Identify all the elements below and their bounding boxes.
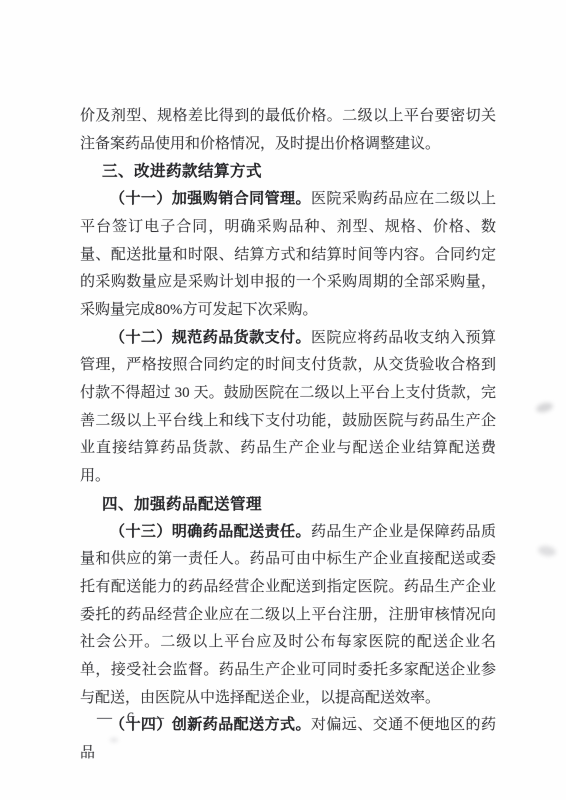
item-lead-11: （十一）加强购销合同管理。 (110, 191, 311, 207)
section-heading-3: 三、改进药款结算方式 (80, 158, 496, 186)
item-text-11: 医院采购药品应在二级以上平台签订电子合同，明确采购品种、剂型、规格、价格、数量、… (80, 191, 496, 318)
page-number: — 6 — (97, 710, 165, 727)
item-paragraph-13: （十三）明确药品配送责任。药品生产企业是保障药品质量和供应的第一责任人。药品可由… (80, 519, 496, 713)
item-text-13: 药品生产企业是保障药品质量和供应的第一责任人。药品可由中标生产企业直接配送或委托… (80, 524, 496, 706)
paragraph-continuation: 价及剂型、规格差比得到的最低价格。二级以上平台要密切关注备案药品使用和价格情况，… (80, 103, 496, 158)
item-paragraph-11: （十一）加强购销合同管理。医院采购药品应在二级以上平台签订电子合同，明确采购品种… (80, 186, 496, 325)
scanned-document-page: 价及剂型、规格差比得到的最低价格。二级以上平台要密切关注备案药品使用和价格情况，… (0, 0, 566, 800)
item-text-12: 医院应将药品收支纳入预算管理，严格按照合同约定的时间支付货款，从交货验收合格到付… (80, 330, 496, 485)
section-heading-4: 四、加强药品配送管理 (80, 491, 496, 519)
item-lead-13: （十三）明确药品配送责任。 (110, 524, 311, 540)
scan-smudge (537, 545, 556, 558)
document-text-block: 价及剂型、规格差比得到的最低价格。二级以上平台要密切关注备案药品使用和价格情况，… (80, 103, 496, 768)
scan-smudge (535, 401, 554, 414)
item-lead-12: （十二）规范药品货款支付。 (110, 330, 311, 346)
item-paragraph-12: （十二）规范药品货款支付。医院应将药品收支纳入预算管理，严格按照合同约定的时间支… (80, 325, 496, 491)
